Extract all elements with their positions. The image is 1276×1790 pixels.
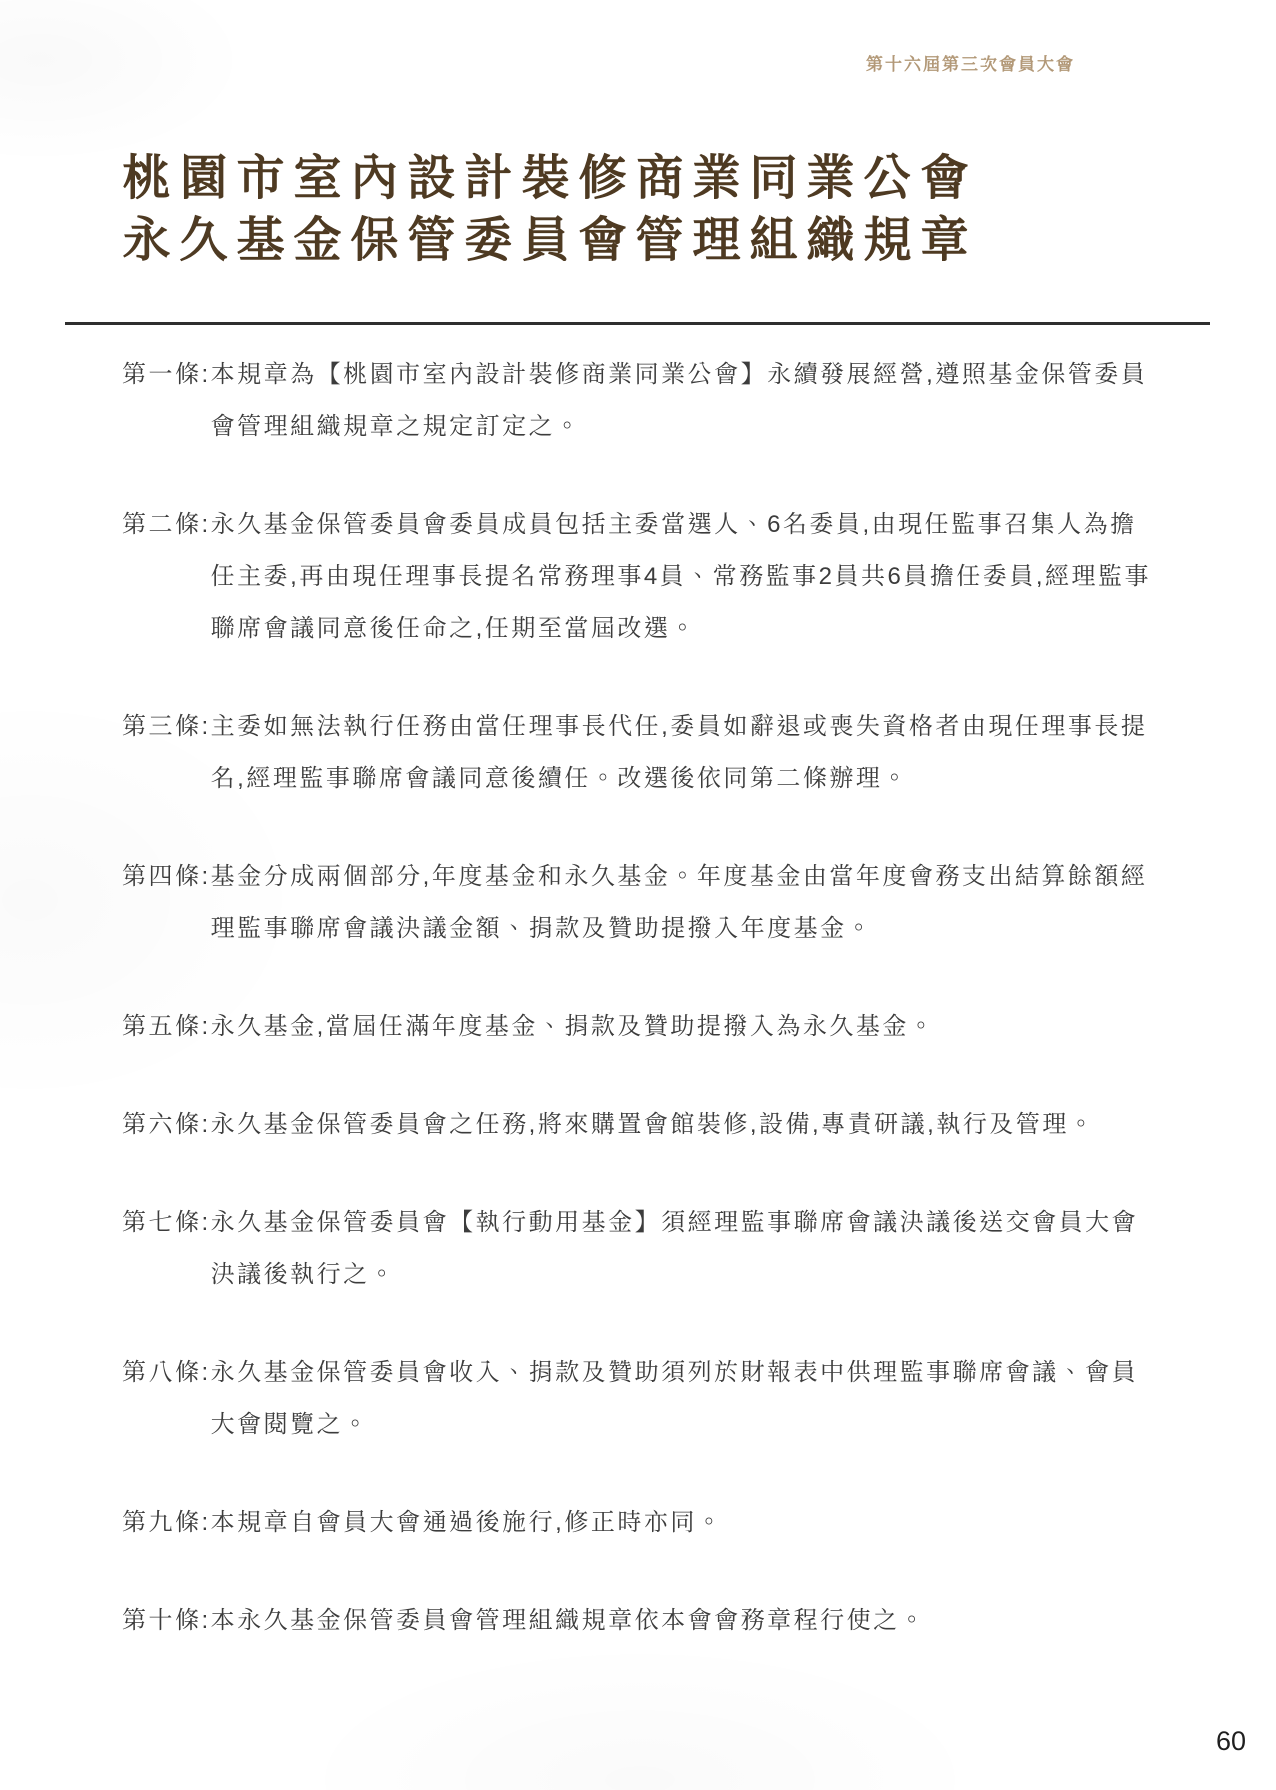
article-5: 第五條: 永久基金,當屆任滿年度基金、捐款及贊助提撥入為永久基金。 bbox=[122, 1001, 1276, 1053]
article-1-label: 第一條: bbox=[122, 349, 211, 401]
article-2: 第二條: 永久基金保管委員會委員成員包括主委當選人、6名委員,由現任監事召集人為… bbox=[122, 499, 1276, 655]
article-6-text: 永久基金保管委員會之任務,將來購置會館裝修,設備,專責研議,執行及管理。 bbox=[211, 1099, 1161, 1151]
article-8: 第八條: 永久基金保管委員會收入、捐款及贊助須列於財報表中供理監事聯席會議、會員… bbox=[122, 1347, 1276, 1451]
page-number: 60 bbox=[1216, 1726, 1246, 1757]
article-10-text: 本永久基金保管委員會管理組織規章依本會會務章程行使之。 bbox=[211, 1595, 1161, 1647]
document-title-line2: 永久基金保管委員會管理組織規章 bbox=[0, 210, 1100, 272]
article-6: 第六條: 永久基金保管委員會之任務,將來購置會館裝修,設備,專責研議,執行及管理… bbox=[122, 1099, 1276, 1151]
title-divider bbox=[65, 322, 1210, 325]
article-4-text: 基金分成兩個部分,年度基金和永久基金。年度基金由當年度會務支出結算餘額經理監事聯… bbox=[211, 851, 1161, 955]
article-9-label: 第九條: bbox=[122, 1497, 211, 1549]
document-title-line1: 桃園市室內設計裝修商業同業公會 bbox=[0, 148, 1100, 210]
article-9: 第九條: 本規章自會員大會通過後施行,修正時亦同。 bbox=[122, 1497, 1276, 1549]
article-3-label: 第三條: bbox=[122, 701, 211, 753]
article-5-text: 永久基金,當屆任滿年度基金、捐款及贊助提撥入為永久基金。 bbox=[211, 1001, 1161, 1053]
article-8-label: 第八條: bbox=[122, 1347, 211, 1399]
article-7-label: 第七條: bbox=[122, 1197, 211, 1249]
article-7-text: 永久基金保管委員會【執行動用基金】須經理監事聯席會議決議後送交會員大會決議後執行… bbox=[211, 1197, 1161, 1301]
article-9-text: 本規章自會員大會通過後施行,修正時亦同。 bbox=[211, 1497, 1161, 1549]
article-6-label: 第六條: bbox=[122, 1099, 211, 1151]
article-10-label: 第十條: bbox=[122, 1595, 211, 1647]
article-1: 第一條: 本規章為【桃園市室內設計裝修商業同業公會】永續發展經營,遵照基金保管委… bbox=[122, 349, 1276, 453]
article-1-text: 本規章為【桃園市室內設計裝修商業同業公會】永續發展經營,遵照基金保管委員會管理組… bbox=[211, 349, 1161, 453]
session-header: 第十六屆第三次會員大會 bbox=[866, 50, 1075, 75]
article-4: 第四條: 基金分成兩個部分,年度基金和永久基金。年度基金由當年度會務支出結算餘額… bbox=[122, 851, 1276, 955]
article-3: 第三條: 主委如無法執行任務由當任理事長代任,委員如辭退或喪失資格者由現任理事長… bbox=[122, 701, 1276, 805]
article-10: 第十條: 本永久基金保管委員會管理組織規章依本會會務章程行使之。 bbox=[122, 1595, 1276, 1647]
article-7: 第七條: 永久基金保管委員會【執行動用基金】須經理監事聯席會議決議後送交會員大會… bbox=[122, 1197, 1276, 1301]
article-5-label: 第五條: bbox=[122, 1001, 211, 1053]
article-2-text: 永久基金保管委員會委員成員包括主委當選人、6名委員,由現任監事召集人為擔任主委,… bbox=[211, 499, 1161, 655]
articles-list: 第一條: 本規章為【桃園市室內設計裝修商業同業公會】永續發展經營,遵照基金保管委… bbox=[0, 349, 1276, 1647]
article-2-label: 第二條: bbox=[122, 499, 211, 551]
article-3-text: 主委如無法執行任務由當任理事長代任,委員如辭退或喪失資格者由現任理事長提名,經理… bbox=[211, 701, 1161, 805]
article-4-label: 第四條: bbox=[122, 851, 211, 903]
article-8-text: 永久基金保管委員會收入、捐款及贊助須列於財報表中供理監事聯席會議、會員大會閱覽之… bbox=[211, 1347, 1161, 1451]
